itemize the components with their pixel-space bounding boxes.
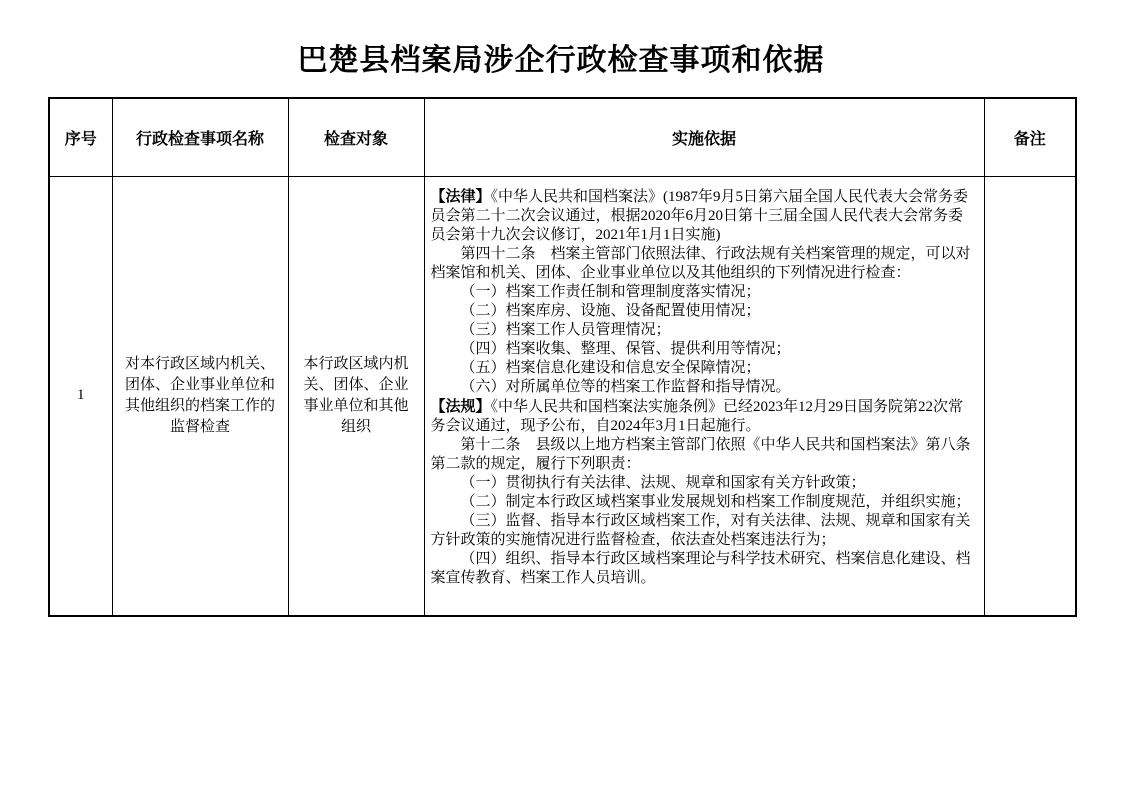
basis-paragraph: 第十二条 县级以上地方档案主管部门依照《中华人民共和国档案法》第八条第二款的规定… xyxy=(431,436,978,474)
header-remarks: 备注 xyxy=(984,98,1076,176)
basis-paragraph: 【法律】《中华人民共和国档案法》(1987年9月5日第六届全国人民代表大会常务委… xyxy=(431,187,978,245)
row-index-cell: 1 xyxy=(49,176,112,616)
basis-paragraph: （五）档案信息化建设和信息安全保障情况； xyxy=(431,359,978,378)
law-type-label: 【法规】 xyxy=(431,398,491,415)
table-header-row: 序号 行政检查事项名称 检查对象 实施依据 备注 xyxy=(49,98,1076,176)
item-name-cell: 对本行政区域内机关、团体、企业事业单位和其他组织的档案工作的监督检查 xyxy=(112,176,288,616)
basis-paragraph: （一）贯彻执行有关法律、法规、规章和国家有关方针政策； xyxy=(431,474,978,493)
table-row: 1 对本行政区域内机关、团体、企业事业单位和其他组织的档案工作的监督检查 本行政… xyxy=(49,176,1076,616)
basis-cell: 【法律】《中华人民共和国档案法》(1987年9月5日第六届全国人民代表大会常务委… xyxy=(424,176,984,616)
basis-paragraph: （三）监督、指导本行政区域档案工作，对有关法律、法规、规章和国家有关方针政策的实… xyxy=(431,512,978,550)
basis-paragraph: （六）对所属单位等的档案工作监督和指导情况。 xyxy=(431,378,978,397)
basis-paragraph: （四）档案收集、整理、保管、提供利用等情况； xyxy=(431,340,978,359)
basis-paragraph: （三）档案工作人员管理情况； xyxy=(431,321,978,340)
basis-paragraph: 第四十二条 档案主管部门依照法律、行政法规有关档案管理的规定，可以对档案馆和机关… xyxy=(431,245,978,283)
inspection-table: 序号 行政检查事项名称 检查对象 实施依据 备注 1 对本行政区域内机关、团体、… xyxy=(48,97,1077,617)
header-index: 序号 xyxy=(49,98,112,176)
basis-paragraph: （一）档案工作责任制和管理制度落实情况； xyxy=(431,283,978,302)
basis-paragraph: 【法规】《中华人民共和国档案法实施条例》已经2023年12月29日国务院第22次… xyxy=(431,397,978,436)
basis-paragraph: （二）档案库房、设施、设备配置使用情况； xyxy=(431,302,978,321)
basis-paragraph: （四）组织、指导本行政区域档案理论与科学技术研究、档案信息化建设、档案宣传教育、… xyxy=(431,550,978,588)
basis-paragraph: （二）制定本行政区域档案事业发展规划和档案工作制度规范，并组织实施； xyxy=(431,493,978,512)
page-title: 巴楚县档案局涉企行政检查事项和依据 xyxy=(0,0,1122,78)
law-type-label: 【法律】 xyxy=(431,188,491,205)
remarks-cell xyxy=(984,176,1076,616)
header-item-name: 行政检查事项名称 xyxy=(112,98,288,176)
header-target: 检查对象 xyxy=(288,98,424,176)
header-basis: 实施依据 xyxy=(424,98,984,176)
target-cell: 本行政区域内机关、团体、企业事业单位和其他组织 xyxy=(288,176,424,616)
